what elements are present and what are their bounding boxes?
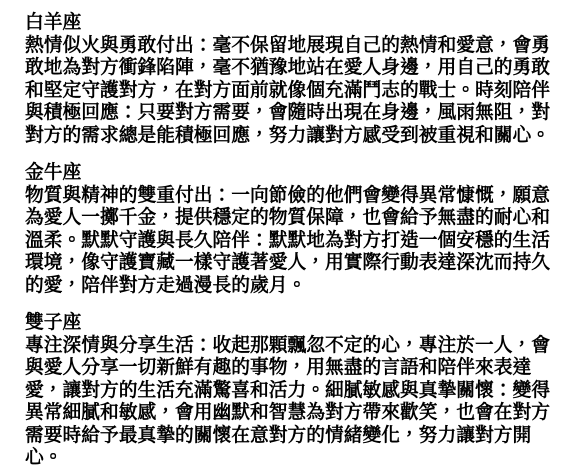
- document: 白羊座 熱情似火與勇敢付出：毫不保留地展現自己的熱情和愛意，會勇敢地為對方衝鋒陷…: [0, 0, 572, 469]
- section-line: 與積極回應：只要對方需要，會隨時出現在身邊，風雨無阻，對: [25, 101, 552, 124]
- section-lines: 專注深情與分享生活：收起那顆飄忽不定的心，專注於一人，會與愛人分享一切新鮮有趣的…: [25, 334, 552, 469]
- zodiac-section: 白羊座 熱情似火與勇敢付出：毫不保留地展現自己的熱情和愛意，會勇敢地為對方衝鋒陷…: [25, 11, 552, 146]
- section-line: 對方的需求總是能積極回應，努力讓對方感受到被重視和關心。: [25, 124, 552, 147]
- section-lines: 熱情似火與勇敢付出：毫不保留地展現自己的熱情和愛意，會勇敢地為對方衝鋒陷陣，毫不…: [25, 34, 552, 147]
- zodiac-section: 金牛座 物質與精神的雙重付出：一向節儉的他們會變得異常慷慨，願意為愛人一擲千金，…: [25, 161, 552, 296]
- section-line: 與愛人分享一切新鮮有趣的事物，用無盡的言語和陪伴來表達: [25, 356, 552, 379]
- section-line: 環境，像守護寶藏一樣守護著愛人，用實際行動表達深沈而持久: [25, 251, 552, 274]
- section-line: 物質與精神的雙重付出：一向節儉的他們會變得異常慷慨，願意: [25, 184, 552, 207]
- zodiac-section: 雙子座 專注深情與分享生活：收起那顆飄忽不定的心，專注於一人，會與愛人分享一切新…: [25, 311, 552, 469]
- section-line: 異常細膩和敏感，會用幽默和智慧為對方帶來歡笑，也會在對方: [25, 401, 552, 424]
- section-lines: 物質與精神的雙重付出：一向節儉的他們會變得異常慷慨，願意為愛人一擲千金，提供穩定…: [25, 184, 552, 297]
- section-line: 需要時給予最真摯的關懷在意對方的情緒變化，努力讓對方開: [25, 424, 552, 447]
- section-line: 敢地為對方衝鋒陷陣，毫不猶豫地站在愛人身邊，用自己的勇敢: [25, 56, 552, 79]
- section-title: 金牛座: [25, 161, 552, 184]
- section-line: 溫柔。默默守護與長久陪伴：默默地為對方打造一個安穩的生活: [25, 229, 552, 252]
- section-title: 雙子座: [25, 311, 552, 334]
- section-line: 的愛，陪伴對方走過漫長的歲月。: [25, 274, 552, 297]
- section-line: 和堅定守護對方，在對方面前就像個充滿鬥志的戰士。時刻陪伴: [25, 79, 552, 102]
- section-line: 熱情似火與勇敢付出：毫不保留地展現自己的熱情和愛意，會勇: [25, 34, 552, 57]
- section-title: 白羊座: [25, 11, 552, 34]
- section-line: 為愛人一擲千金，提供穩定的物質保障，也會給予無盡的耐心和: [25, 206, 552, 229]
- section-line: 愛，讓對方的生活充滿驚喜和活力。細膩敏感與真摯關懷：變得: [25, 379, 552, 402]
- section-line: 專注深情與分享生活：收起那顆飄忽不定的心，專注於一人，會: [25, 334, 552, 357]
- section-line: 心。: [25, 446, 552, 469]
